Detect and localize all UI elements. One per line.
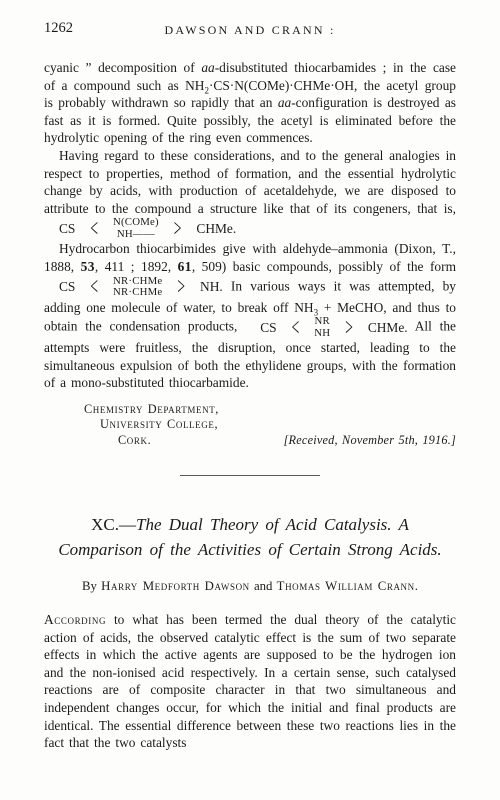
- paragraph-according: According to what has been termed the du…: [44, 611, 456, 752]
- signature-block: Chemistry Department, University College…: [44, 402, 456, 449]
- byline-period: .: [415, 579, 418, 593]
- left-angle-bracket: <: [75, 214, 98, 244]
- formula-bottom: NH: [299, 328, 330, 340]
- formula-right: CHMe.: [353, 320, 408, 336]
- chem-formula-cs-nrchme: CS<NR·CHMeNR·CHMe>NH.: [44, 276, 223, 299]
- byline-by: By: [82, 579, 101, 593]
- right-angle-bracket: >: [330, 312, 353, 342]
- byline-and: and: [250, 579, 277, 593]
- chem-formula-cs-ncome: CS<N(COMe)NH——>CHMe.: [44, 217, 236, 240]
- signature-row: Cork. [Received, November 5th, 1916.]: [44, 433, 456, 449]
- italic-aa: aa: [278, 95, 291, 110]
- formula-right: NH.: [185, 279, 223, 295]
- section-divider: [180, 475, 320, 476]
- author-2: Thomas William Crann: [277, 579, 415, 593]
- paragraph-cyanic: cyanic ” decomposition of aa-disubstitut…: [44, 59, 456, 147]
- formula-top: NR: [300, 316, 330, 328]
- left-angle-bracket: <: [277, 312, 300, 342]
- italic-aa: aa: [201, 60, 214, 75]
- formula-left: CS: [44, 221, 75, 237]
- byline: By Harry Medforth Dawson and Thomas Will…: [44, 578, 456, 596]
- signature-city: Cork.: [118, 433, 151, 449]
- formula-left: CS: [245, 320, 276, 336]
- signature-college: University College,: [44, 417, 456, 433]
- formula-stack: N(COMe)NH——: [98, 217, 159, 240]
- left-angle-bracket: <: [75, 272, 98, 302]
- formula-left: CS: [44, 279, 75, 295]
- article-title: XC.—The Dual Theory of Acid Catalysis. A…: [44, 513, 456, 562]
- formula-bottom: NH——: [102, 229, 155, 241]
- text-segment: Having regard to these considerations, a…: [44, 148, 456, 216]
- page-number: 1262: [44, 20, 73, 38]
- formula-bottom: NR·CHMe: [98, 287, 162, 299]
- page-header: 1262 DAWSON AND CRANN :: [44, 20, 456, 40]
- right-angle-bracket: >: [159, 214, 182, 244]
- right-angle-bracket: >: [162, 272, 185, 302]
- paragraph-having-regard: Having regard to these considerations, a…: [44, 147, 456, 240]
- paragraph-hydrocarbon: Hydrocarbon thiocarbimides give with ald…: [44, 240, 456, 392]
- running-title: DAWSON AND CRANN :: [44, 20, 456, 40]
- formula-stack: NR·CHMeNR·CHMe: [98, 276, 162, 299]
- text-segment: cyanic ” decomposition of: [44, 60, 201, 75]
- journal-page: 1262 DAWSON AND CRANN : cyanic ” decompo…: [0, 0, 500, 800]
- formula-right: CHMe.: [181, 221, 236, 237]
- author-1: Harry Medforth Dawson: [101, 579, 250, 593]
- signature-department: Chemistry Department,: [44, 402, 456, 418]
- text-segment: , 509) basic compounds, possibly of the …: [192, 259, 456, 274]
- lead-word: According: [44, 612, 106, 627]
- text-segment: to what has been termed the dual theory …: [44, 612, 456, 750]
- chem-formula-cs-nr-nh: CS<NRNH>CHMe.: [245, 316, 407, 339]
- article-number: XC.—: [91, 515, 136, 534]
- formula-stack: NRNH: [299, 316, 330, 339]
- received-date: [Received, November 5th, 1916.]: [284, 433, 456, 449]
